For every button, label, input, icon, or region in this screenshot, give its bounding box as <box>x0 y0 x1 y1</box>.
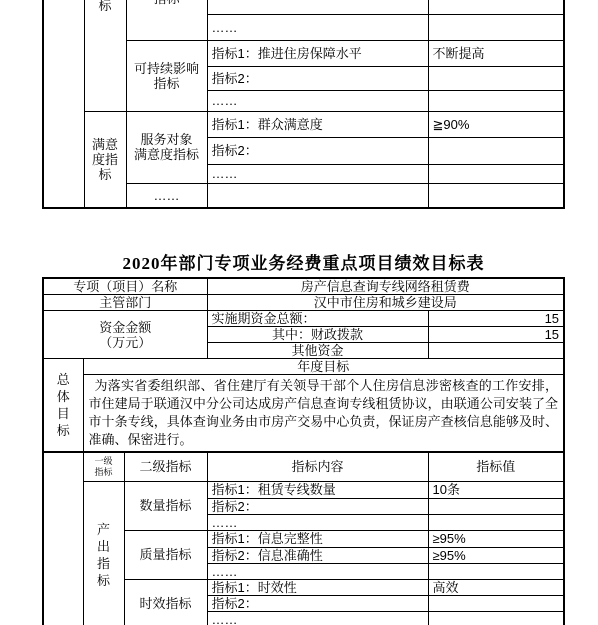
header-level1: 一级 指标 <box>83 452 124 481</box>
indicator-content-cell <box>207 183 428 208</box>
indicator-value-cell <box>428 563 564 579</box>
table-row: 为落实省委组织部、省住建厅有关领导干部个人住房信息涉密核查的工作安排，市住建局于… <box>43 375 564 453</box>
indicator-value-cell <box>428 514 564 530</box>
label-fragment: 指标 <box>131 0 203 6</box>
indicator-content-cell: 指标2： <box>207 595 428 611</box>
timeliness-indicator-label: 时效指标 <box>124 579 207 625</box>
table-row: 一级 指标 二级指标 指标内容 指标值 <box>43 452 564 481</box>
indicator-value-cell: ≥95% <box>428 547 564 563</box>
indicator-value-cell <box>428 90 564 111</box>
indicator-value-cell <box>428 498 564 514</box>
indicator-content-cell: …… <box>207 90 428 111</box>
department-label: 主管部门 <box>43 295 207 311</box>
indicator-value-cell <box>428 14 564 40</box>
indicator-value-cell: 不断提高 <box>428 40 564 66</box>
level2-indicator-label-cut: 指标 <box>126 0 207 40</box>
empty-margin-cell <box>43 452 83 625</box>
indicator-value-cell <box>428 164 564 183</box>
table-row: 专项（项目）名称 房产信息查询专线网络租赁费 <box>43 278 564 295</box>
annual-goal-text: 为落实省委组织部、省住建厅有关领导干部个人住房信息涉密核查的工作安排，市住建局于… <box>83 375 564 453</box>
indicator-value-cell <box>428 595 564 611</box>
project-name-label: 专项（项目）名称 <box>43 278 207 295</box>
performance-target-table: 专项（项目）名称 房产信息查询专线网络租赁费 主管部门 汉中市住房和城乡建设局 … <box>42 277 565 625</box>
annual-goal-header: 年度目标 <box>83 359 564 375</box>
indicator-content-cell: 指标1：时效性 <box>207 579 428 595</box>
page-title: 2020年部门专项业务经费重点项目绩效目标表 <box>42 249 565 274</box>
indicator-value-cell: 高效 <box>428 579 564 595</box>
output-indicator-label: 产 出 指 标 <box>83 481 124 625</box>
fund-fiscal-label: 其中：财政拨款 <box>207 327 428 343</box>
indicator-value-cell: ≧90% <box>428 111 564 137</box>
indicator-content-cell: …… <box>207 611 428 625</box>
empty-margin-cell <box>43 0 84 208</box>
indicator-value-cell <box>428 137 564 164</box>
department-value: 汉中市住房和城乡建设局 <box>207 295 564 311</box>
fund-fiscal-value: 15 <box>428 327 564 343</box>
sustainable-impact-label: 可持续影响 指标 <box>126 40 207 111</box>
level2-ellipsis-cell: …… <box>126 183 207 208</box>
table-row: 主管部门 汉中市住房和城乡建设局 <box>43 295 564 311</box>
header-content: 指标内容 <box>207 452 428 481</box>
label-fragment: 标 <box>89 0 122 12</box>
level1-indicator-label-cut: 标 <box>84 0 126 111</box>
indicator-content-cell: 指标2： <box>207 498 428 514</box>
indicator-content-cell: 指标2：信息准确性 <box>207 547 428 563</box>
fund-total-value: 15 <box>428 311 564 327</box>
indicator-content-cell: 指标2： <box>207 137 428 164</box>
previous-indicator-table: 标 指标 …… 可持续影响 指标 指标1：推进住房保障水平 不断提高 指标2： … <box>42 0 565 209</box>
header-level2: 二级指标 <box>124 452 207 481</box>
indicator-value-cell <box>428 0 564 14</box>
indicator-content-cell: …… <box>207 514 428 530</box>
fund-other-label: 其他资金 <box>207 343 428 359</box>
indicator-content-cell: 指标1：租赁专线数量 <box>207 481 428 498</box>
indicator-content-cell: 指标1：信息完整性 <box>207 530 428 547</box>
indicator-value-cell: ≥95% <box>428 530 564 547</box>
indicator-content-cell: 指标1：推进住房保障水平 <box>207 40 428 66</box>
table-row: 产 出 指 标 数量指标 指标1：租赁专线数量 10条 <box>43 481 564 498</box>
indicator-content-cell: …… <box>207 164 428 183</box>
project-name-value: 房产信息查询专线网络租赁费 <box>207 278 564 295</box>
table-row: 满意 度指 标 服务对象 满意度指标 指标1：群众满意度 ≧90% <box>43 111 564 137</box>
quality-indicator-label: 质量指标 <box>124 530 207 579</box>
indicator-value-cell <box>428 66 564 90</box>
table-row: 总 体 目 标 年度目标 <box>43 359 564 375</box>
quantity-indicator-label: 数量指标 <box>124 481 207 530</box>
service-satisfaction-label: 服务对象 满意度指标 <box>126 111 207 183</box>
fund-other-value <box>428 343 564 359</box>
satisfaction-section-label: 满意 度指 标 <box>84 111 126 208</box>
overall-goal-label: 总 体 目 标 <box>43 359 83 453</box>
indicator-content-cell: 指标1：群众满意度 <box>207 111 428 137</box>
indicator-value-cell <box>428 611 564 625</box>
fund-total-label: 实施期资金总额： <box>207 311 428 327</box>
indicator-content-cell: 指标2： <box>207 66 428 90</box>
indicator-value-cell: 10条 <box>428 481 564 498</box>
header-value: 指标值 <box>428 452 564 481</box>
table-row: 资金金额 （万元） 实施期资金总额： 15 <box>43 311 564 327</box>
indicator-content-cell <box>207 0 428 14</box>
document-page: 标 指标 …… 可持续影响 指标 指标1：推进住房保障水平 不断提高 指标2： … <box>0 0 598 625</box>
fund-amount-label: 资金金额 （万元） <box>43 311 207 359</box>
table-row: 标 指标 <box>43 0 564 14</box>
indicator-value-cell <box>428 183 564 208</box>
indicator-content-cell: …… <box>207 563 428 579</box>
indicator-content-cell: …… <box>207 14 428 40</box>
